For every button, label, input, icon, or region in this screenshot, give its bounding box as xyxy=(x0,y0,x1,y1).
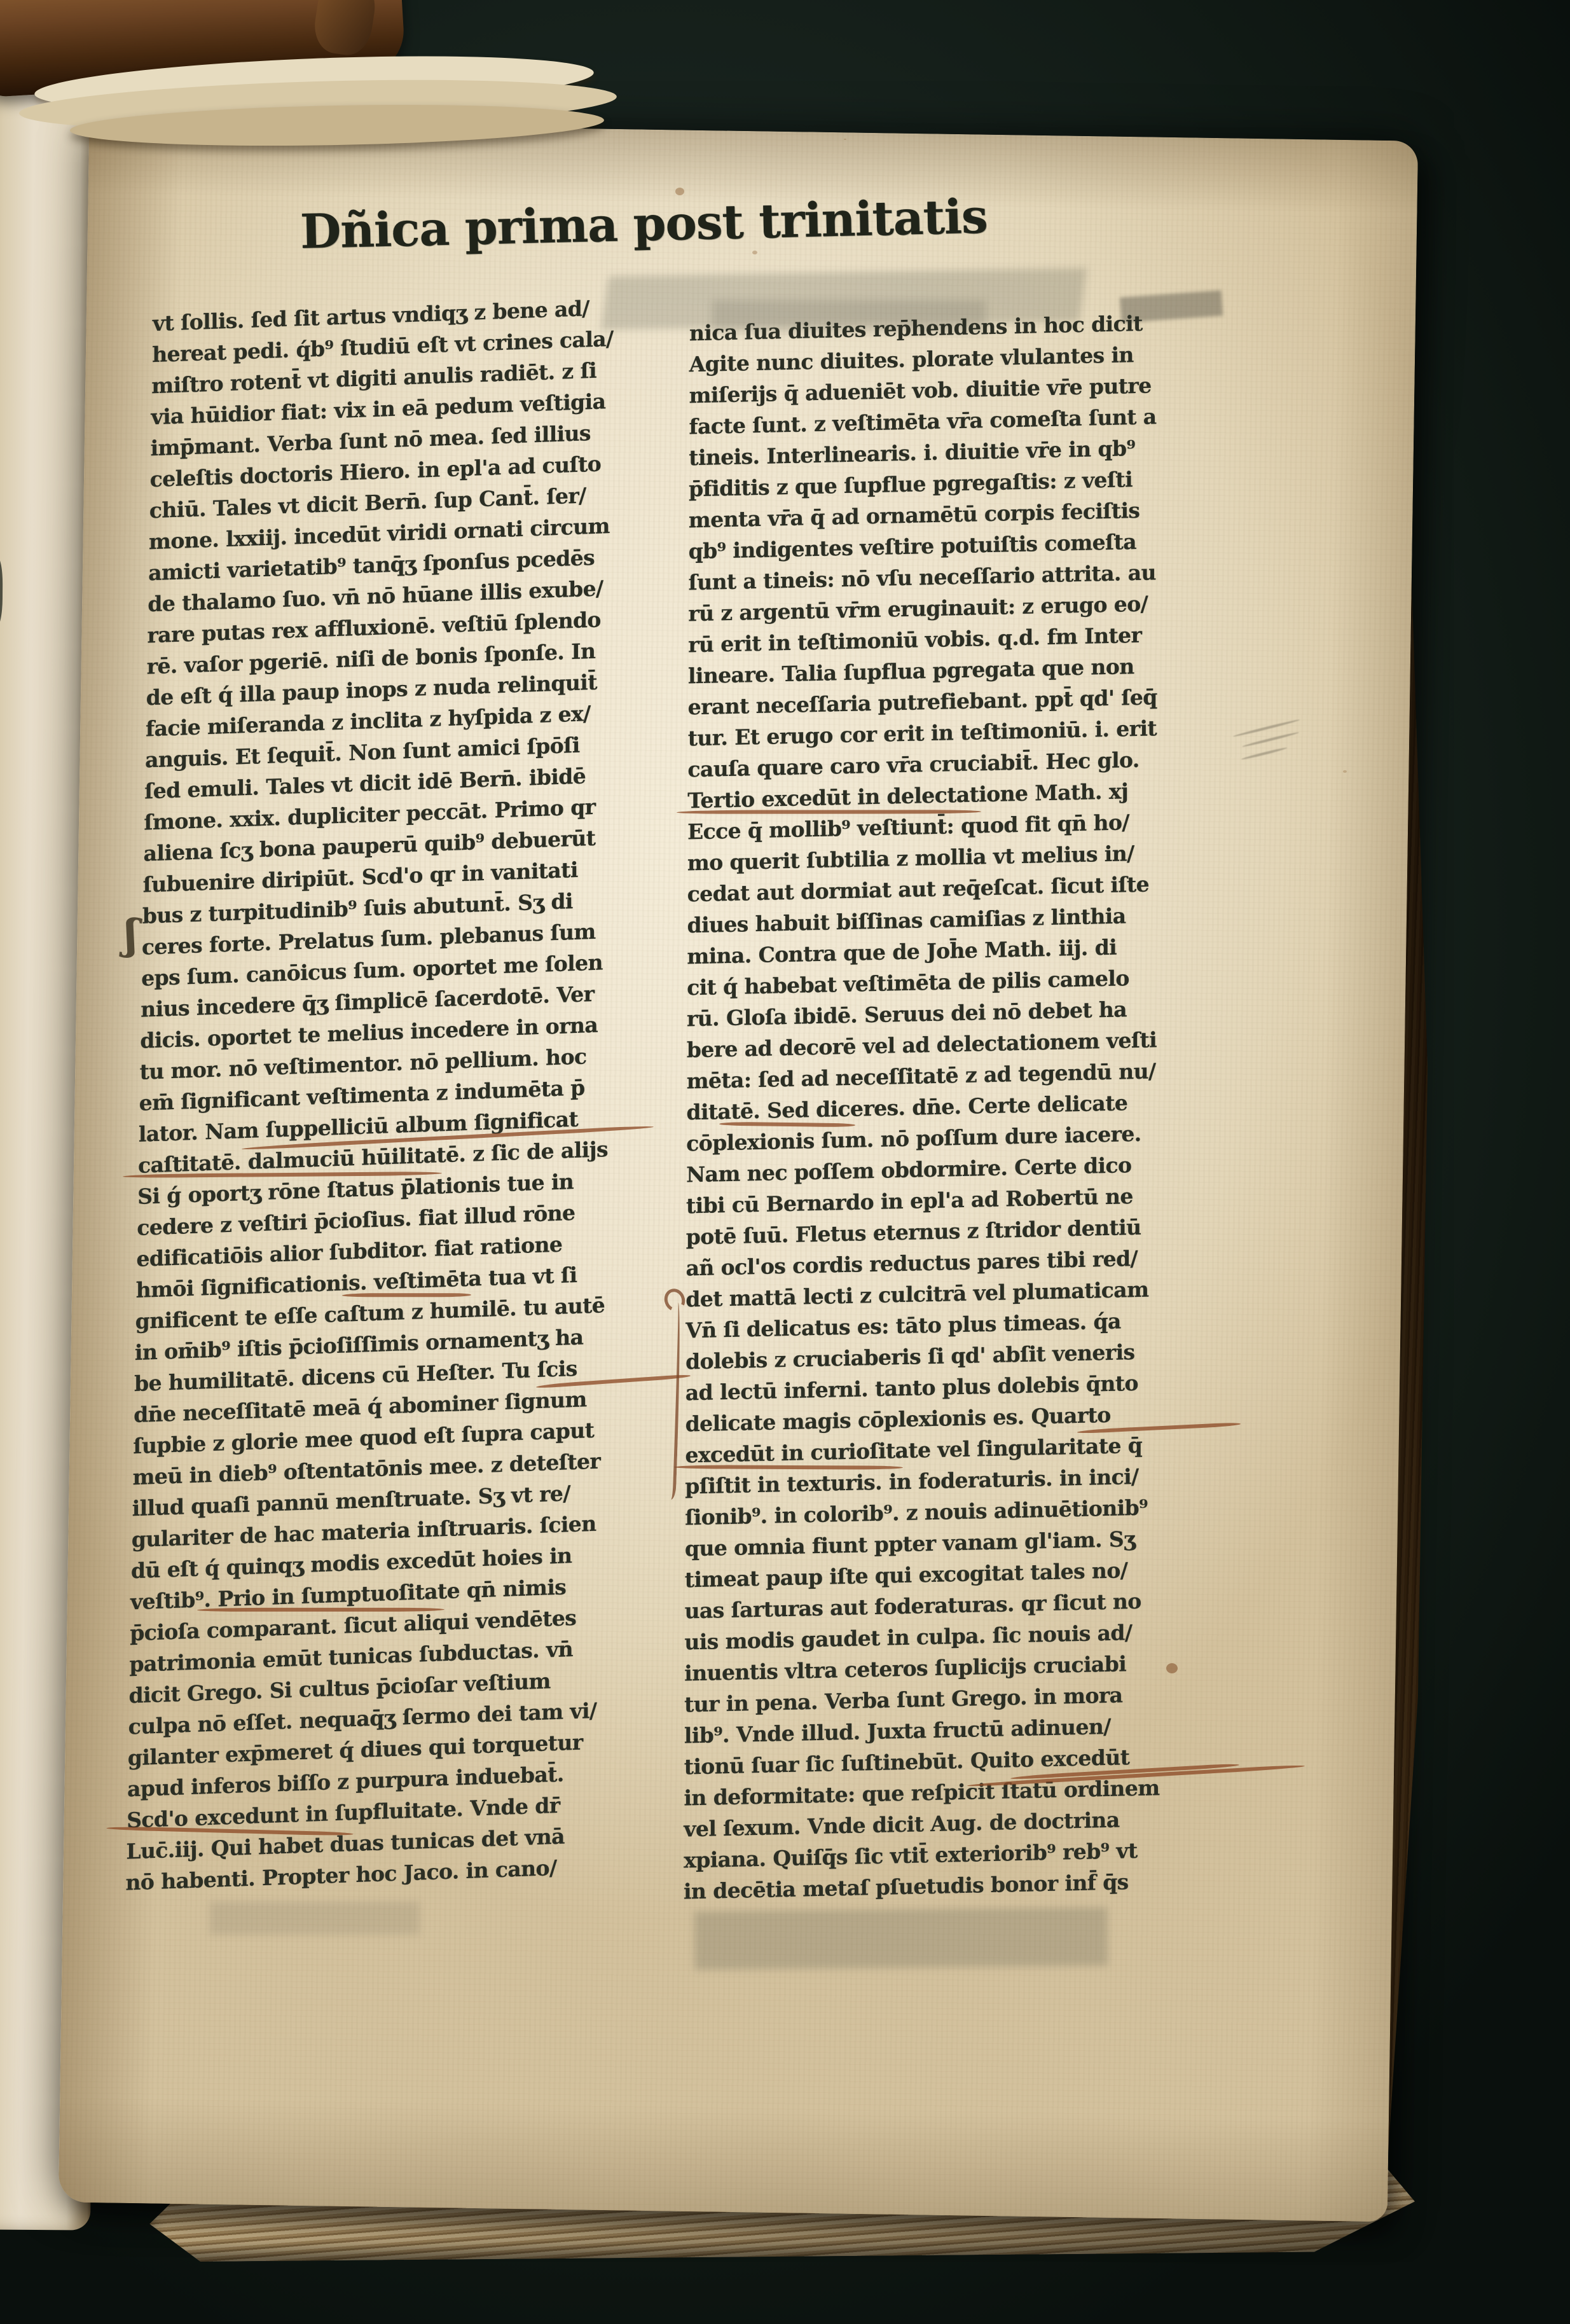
text-column-left: vt ſollis. ſed ſit artus vndiqʒ z bene a… xyxy=(153,290,668,1898)
cut-off-ink-mark xyxy=(0,557,3,626)
text-column-right: nica ſua diuites rep̄hendens in hoc dici… xyxy=(689,306,1234,1908)
book-photograph: Dñica prima post trinitatis vt ſollis. ſ… xyxy=(0,0,1570,2324)
gutter-pen-flourish xyxy=(663,1289,682,1502)
flourish-stem xyxy=(668,1303,683,1500)
foxing-spots xyxy=(675,188,684,195)
